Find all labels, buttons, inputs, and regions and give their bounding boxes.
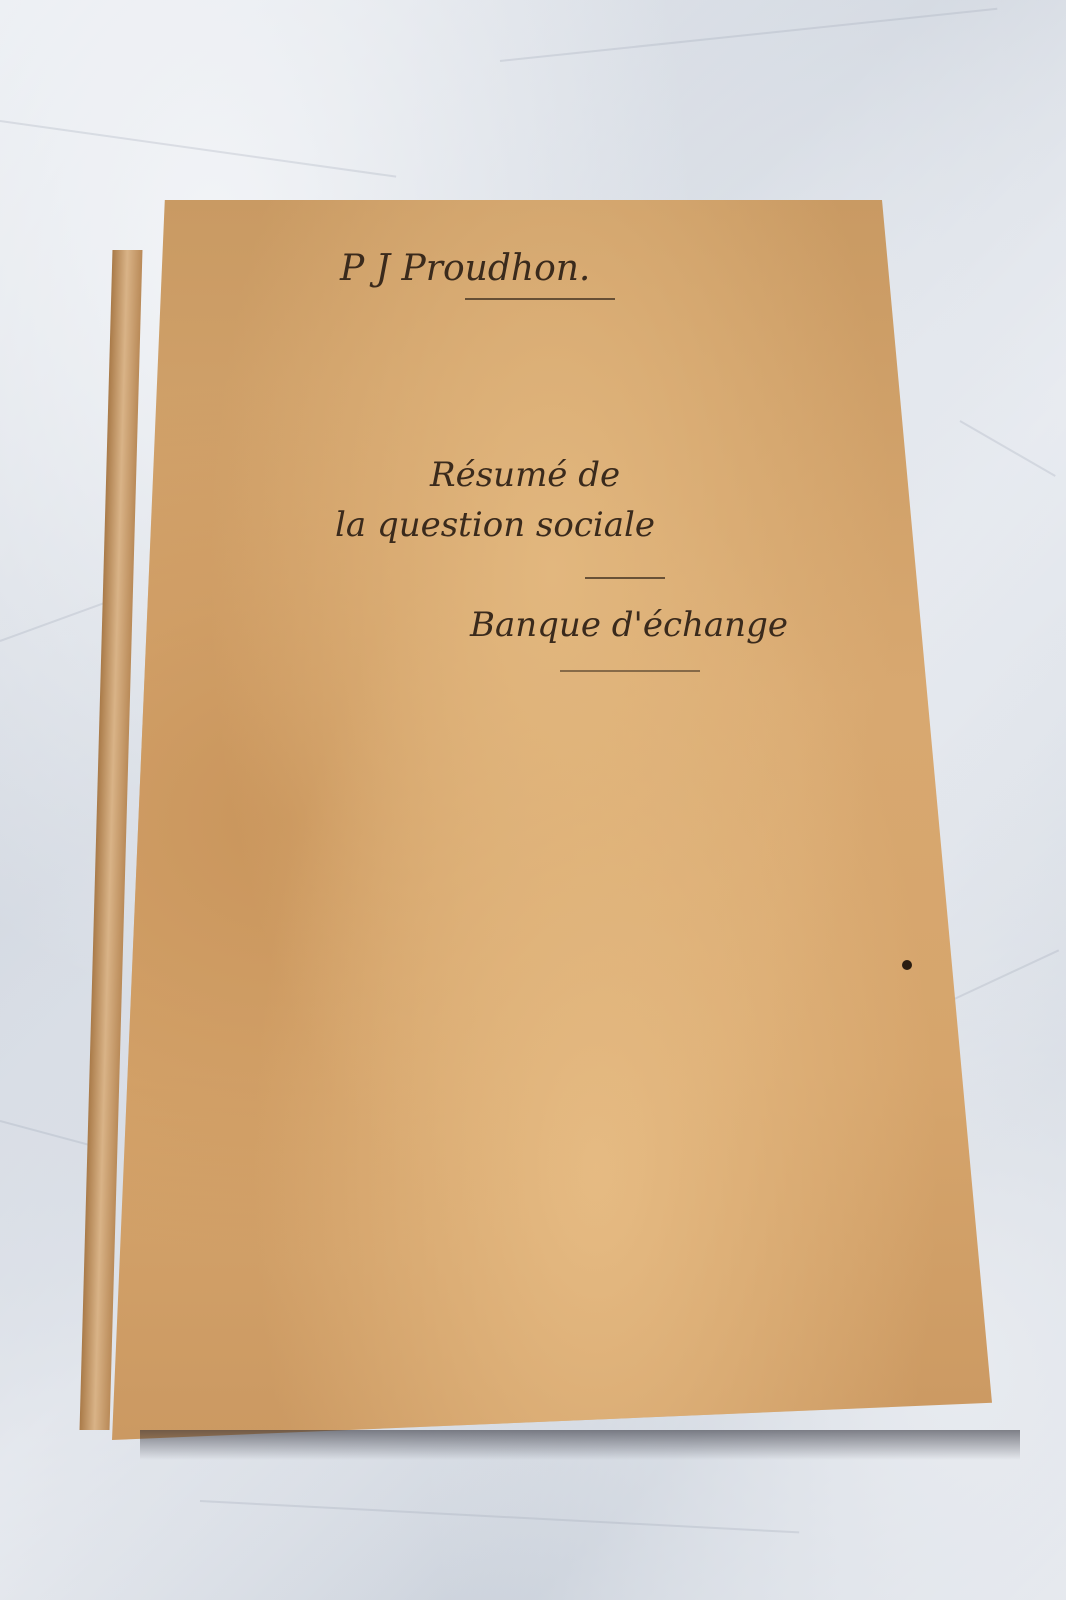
title-line-1: Résumé de — [430, 455, 620, 495]
title-line-2: la question sociale — [335, 505, 655, 545]
ink-spot — [902, 960, 912, 970]
author-underline — [465, 298, 615, 300]
subtitle-inscription: Banque d'échange — [470, 605, 788, 645]
book-cover — [112, 200, 992, 1440]
subtitle-underline — [560, 670, 700, 672]
book-shadow — [140, 1430, 1020, 1460]
author-inscription: P J Proudhon. — [340, 248, 590, 289]
title-divider — [585, 577, 665, 579]
